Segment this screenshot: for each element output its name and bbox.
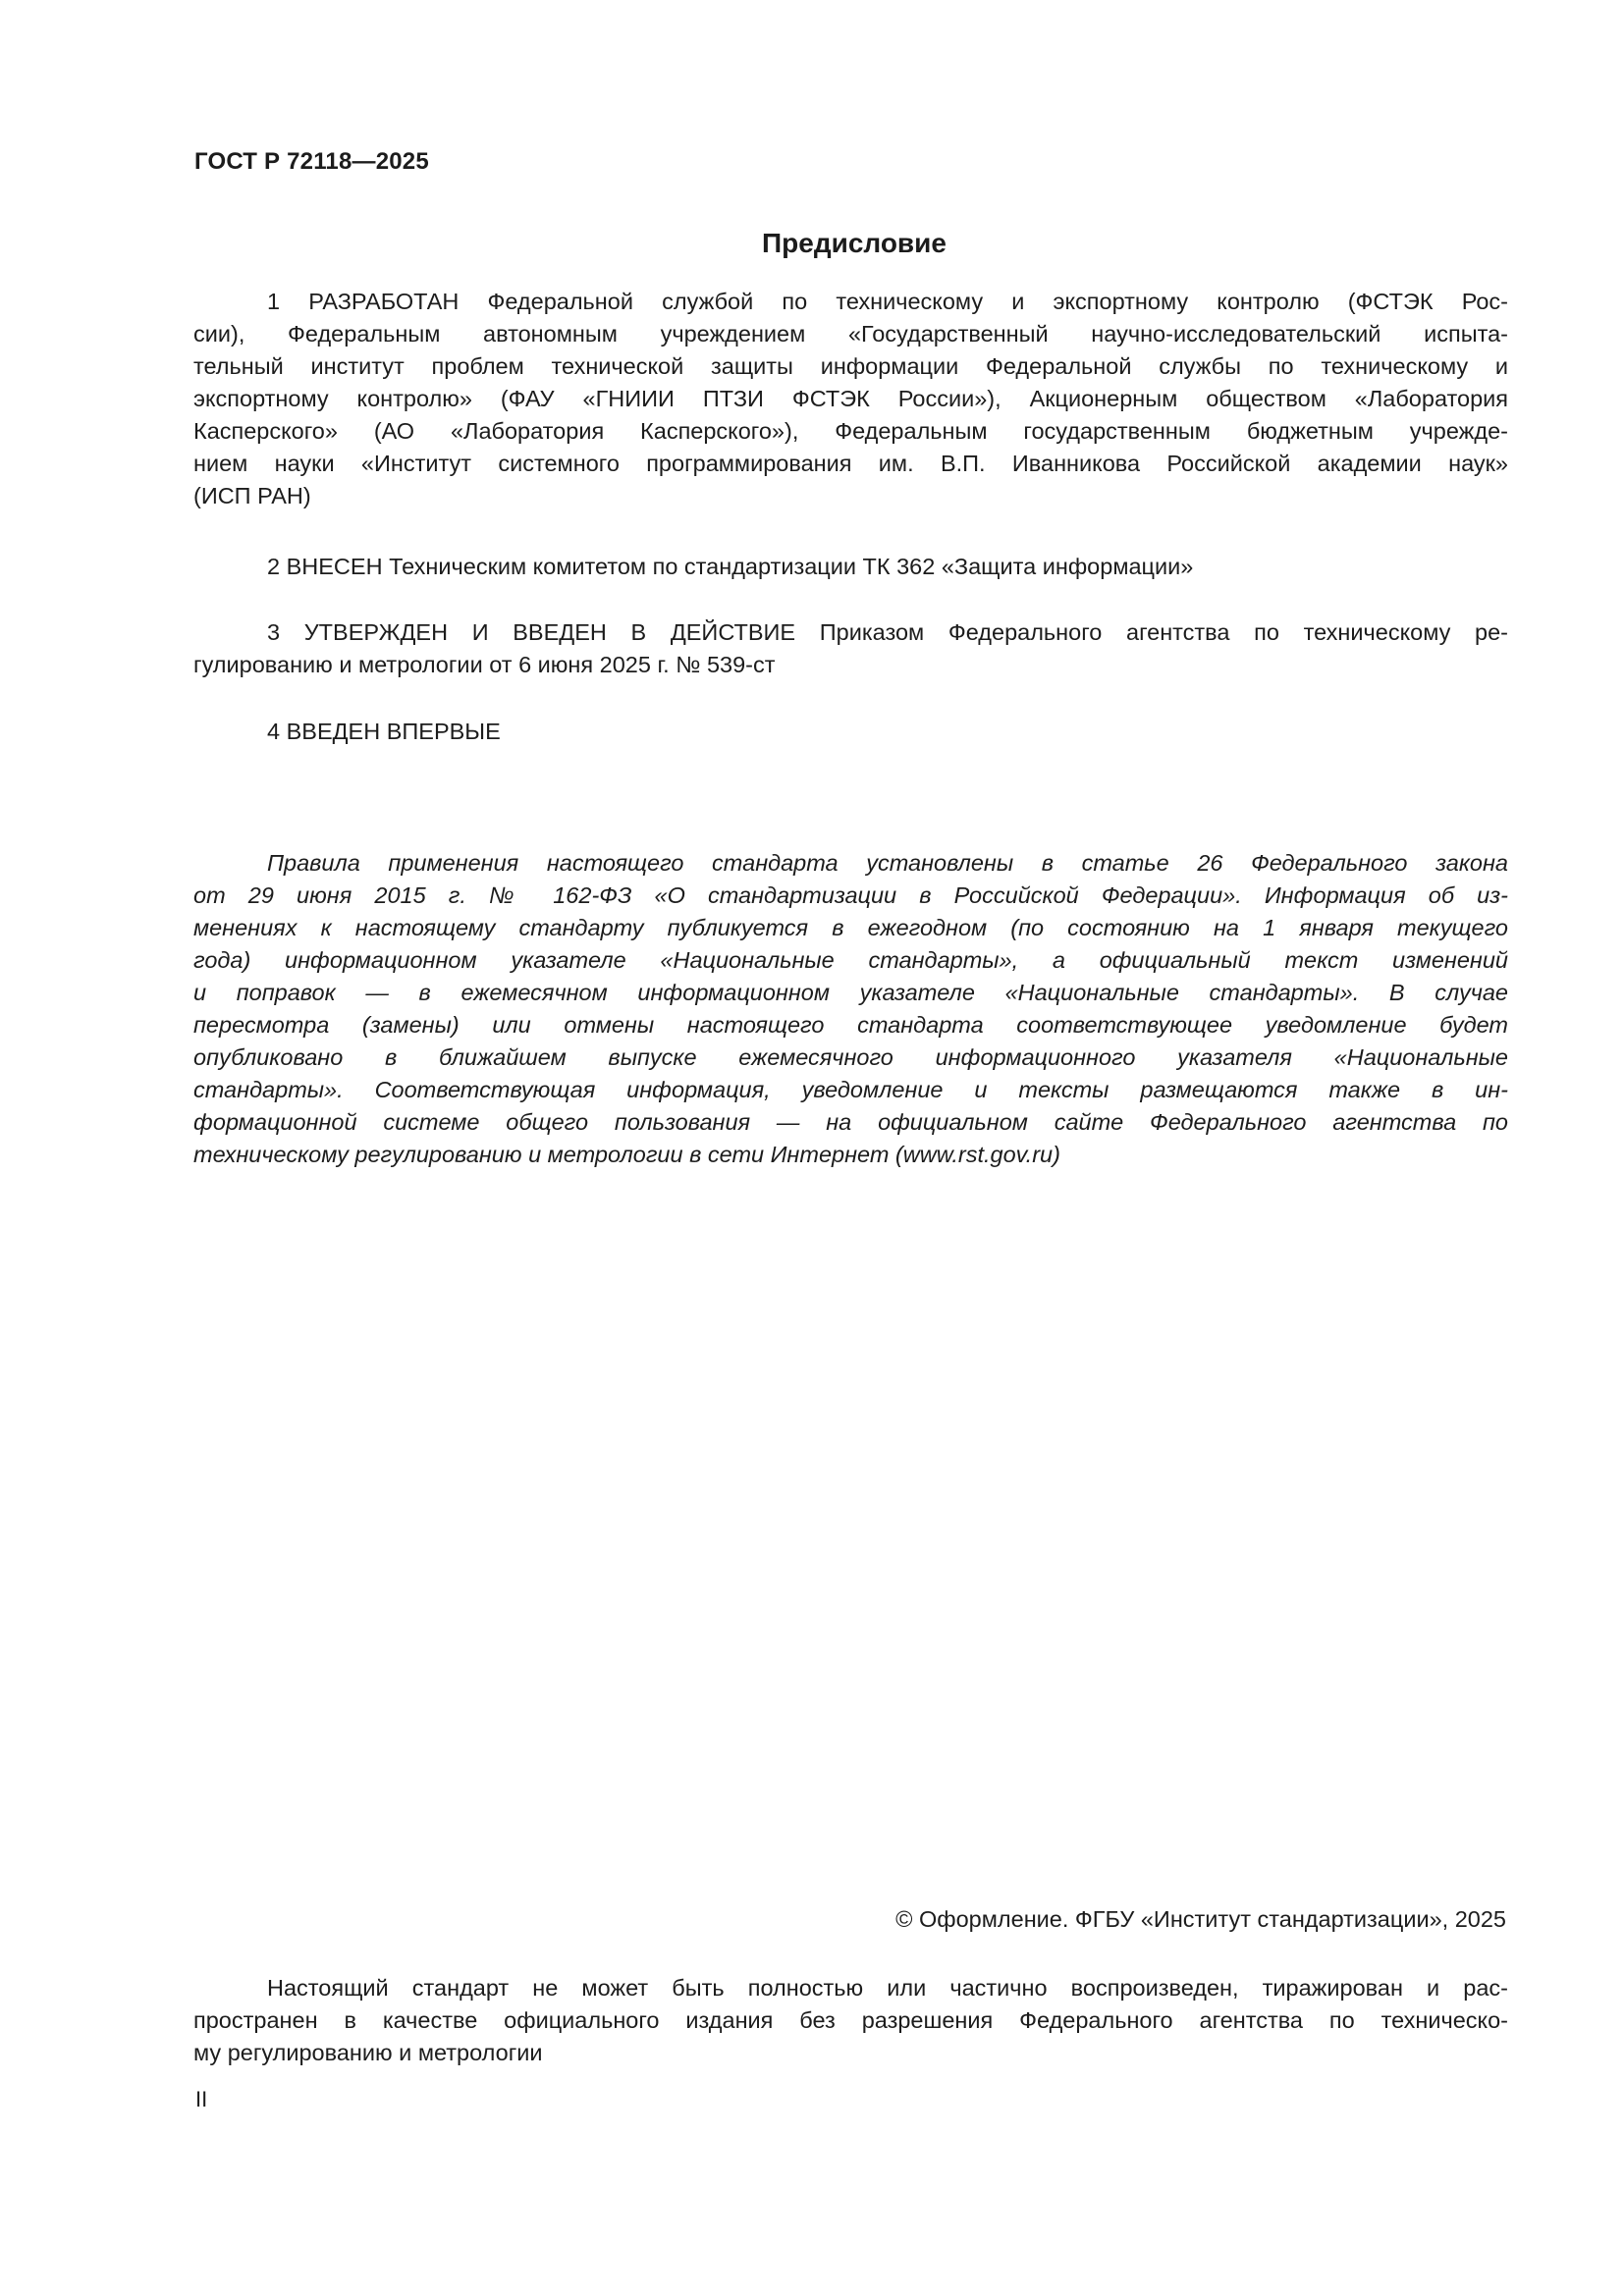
page-number: II bbox=[195, 2087, 207, 2112]
text-line: формационной системе общего пользования … bbox=[193, 1106, 1508, 1139]
text-line: сии), Федеральным автономным учреждением… bbox=[193, 318, 1508, 350]
text-line: 2 ВНЕСЕН Техническим комитетом по станда… bbox=[193, 551, 1508, 583]
text-line: 3 УТВЕРЖДЕН И ВВЕДЕН В ДЕЙСТВИЕ Приказом… bbox=[193, 616, 1508, 649]
foreword-item-2: 2 ВНЕСЕН Техническим комитетом по станда… bbox=[193, 551, 1508, 583]
text-line: гулированию и метрологии от 6 июня 2025 … bbox=[193, 649, 1508, 681]
text-line: менениях к настоящему стандарту публикуе… bbox=[193, 912, 1508, 944]
text-line: стандарты». Соответствующая информация, … bbox=[193, 1074, 1508, 1106]
text-line: пересмотра (замены) или отмены настоящег… bbox=[193, 1009, 1508, 1041]
copyright-notice: © Оформление. ФГБУ «Институт стандартиза… bbox=[895, 1906, 1506, 1933]
document-code: ГОСТ Р 72118—2025 bbox=[194, 148, 429, 176]
foreword-item-1: 1 РАЗРАБОТАН Федеральной службой по техн… bbox=[193, 286, 1508, 512]
text-line: техническому регулированию и метрологии … bbox=[193, 1139, 1508, 1171]
text-line: Правила применения настоящего стандарта … bbox=[193, 847, 1508, 880]
reproduction-notice: Настоящий стандарт не может быть полност… bbox=[193, 1972, 1508, 2069]
text-line: опубликовано в ближайшем выпуске ежемеся… bbox=[193, 1041, 1508, 1074]
text-line: года) информационном указателе «Национал… bbox=[193, 944, 1508, 977]
text-line: Касперского» (АО «Лаборатория Касперског… bbox=[193, 415, 1508, 448]
foreword-item-4: 4 ВВЕДЕН ВПЕРВЫЕ bbox=[193, 716, 1508, 748]
section-title: Предисловие bbox=[0, 228, 1624, 259]
text-line: Настоящий стандарт не может быть полност… bbox=[193, 1972, 1508, 2004]
text-line: му регулированию и метрологии bbox=[193, 2037, 1508, 2069]
text-line: экспортному контролю» (ФАУ «ГНИИИ ПТЗИ Ф… bbox=[193, 383, 1508, 415]
text-line: тельный институт проблем технической защ… bbox=[193, 350, 1508, 383]
foreword-item-3: 3 УТВЕРЖДЕН И ВВЕДЕН В ДЕЙСТВИЕ Приказом… bbox=[193, 616, 1508, 681]
text-line: 1 РАЗРАБОТАН Федеральной службой по техн… bbox=[193, 286, 1508, 318]
text-line: пространен в качестве официального издан… bbox=[193, 2004, 1508, 2037]
text-line: нием науки «Институт системного программ… bbox=[193, 448, 1508, 480]
text-line: (ИСП РАН) bbox=[193, 480, 1508, 512]
rules-note: Правила применения настоящего стандарта … bbox=[193, 847, 1508, 1171]
document-page: ГОСТ Р 72118—2025 Предисловие 1 РАЗРАБОТ… bbox=[0, 0, 1624, 2296]
text-line: от 29 июня 2015 г. № 162-ФЗ «О стандарти… bbox=[193, 880, 1508, 912]
text-line: и поправок — в ежемесячном информационно… bbox=[193, 977, 1508, 1009]
text-line: 4 ВВЕДЕН ВПЕРВЫЕ bbox=[193, 716, 1508, 748]
